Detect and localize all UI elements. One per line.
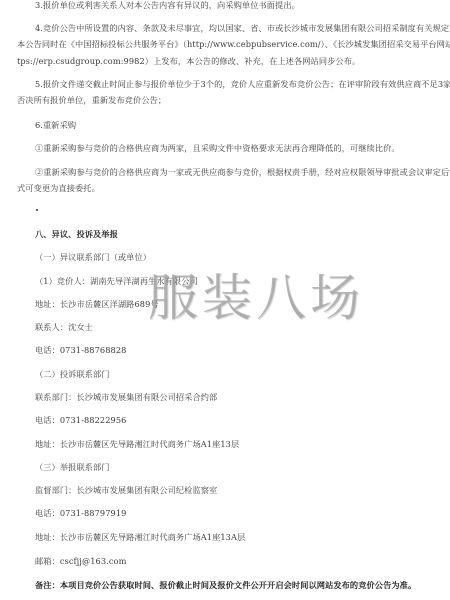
paragraph-4-line-1: 4.竞价公告中所设置的内容、条款及未尽事宜，均以国家、省、市或长沙城市发展集团有…: [35, 23, 450, 33]
complaint-address: 地址：长沙市岳麓区先导路湘江时代商务广场A1座13层: [35, 439, 239, 449]
complaint-title: （二）投诉联系部门: [35, 369, 110, 379]
paragraph-6-title: 6.重新采购: [35, 120, 76, 130]
note-remark: 备注：本项目竞价公告获取时间、报价截止时间及报价文件公开开启会时间以网站发布的竞…: [35, 580, 416, 590]
section-8-title: 八、异议、投诉及举报: [35, 229, 118, 239]
objection-title: （一）异议联系部门（或单位）: [35, 252, 151, 262]
paragraph-3-line-1: 3.报价单位或利害关系人对本公告内容有异议的，向采购单位书面提出。: [35, 0, 300, 10]
objection-contact: 联系人：沈女士: [35, 322, 93, 332]
paragraph-5-line-1: 5.报价文件递交截止时间止参与报价单位少于3个的，竞价人应重新发布竞价公告；在评…: [35, 79, 450, 89]
objection-bidder: （1）竞价人：湖南先导洋湖再生水有限公司: [35, 276, 198, 286]
paragraph-4-line-2: 本公告同时在《中国招标投标公共服务平台》（http://www.cebpubse…: [17, 39, 450, 49]
report-phone: 电话：0731-88797919: [35, 508, 126, 518]
paragraph-5-line-2: 否决所有报价单位，重新发布竞价公告；: [17, 95, 166, 105]
document-page: 3.报价单位或利害关系人对本公告内容有异议的，向采购单位书面提出。 4.竞价公告…: [0, 0, 450, 600]
objection-phone: 电话：0731-88768828: [35, 345, 126, 355]
paragraph-6-item-2-line-2: 式可变更为直接委托。: [17, 183, 100, 193]
report-email[interactable]: 邮箱：cscfjj@163.com: [35, 556, 126, 566]
paragraph-4-line-3: tps://erp.csudgroup.com:9982）上发布，本公告的修改、…: [17, 56, 360, 66]
paragraph-6-item-2-line-1: ②重新采购参与竞价的合格供应商为一家或无供应商参与竞价，根据权责手册，经对应权限…: [35, 167, 450, 177]
paragraph-6-item-1: ①重新采购参与竞价的合格供应商为两家，且采购文件中资格要求无法再合理降低的，可继…: [35, 143, 400, 153]
complaint-department: 联系部门：长沙城市发展集团有限公司招采合约部: [35, 392, 217, 402]
bullet-dot: [36, 209, 38, 211]
objection-address: 地址：长沙市岳麓区洋湖路689号: [35, 299, 159, 309]
report-address: 地址：长沙市岳麓区先导路湘江时代商务广场A1座13A层: [35, 532, 245, 542]
report-title: （三）举报联系部门: [35, 462, 110, 472]
report-department: 监督部门：长沙城市发展集团有限公司纪检监察室: [35, 485, 217, 495]
complaint-phone: 电话：0731-88222956: [35, 415, 126, 425]
